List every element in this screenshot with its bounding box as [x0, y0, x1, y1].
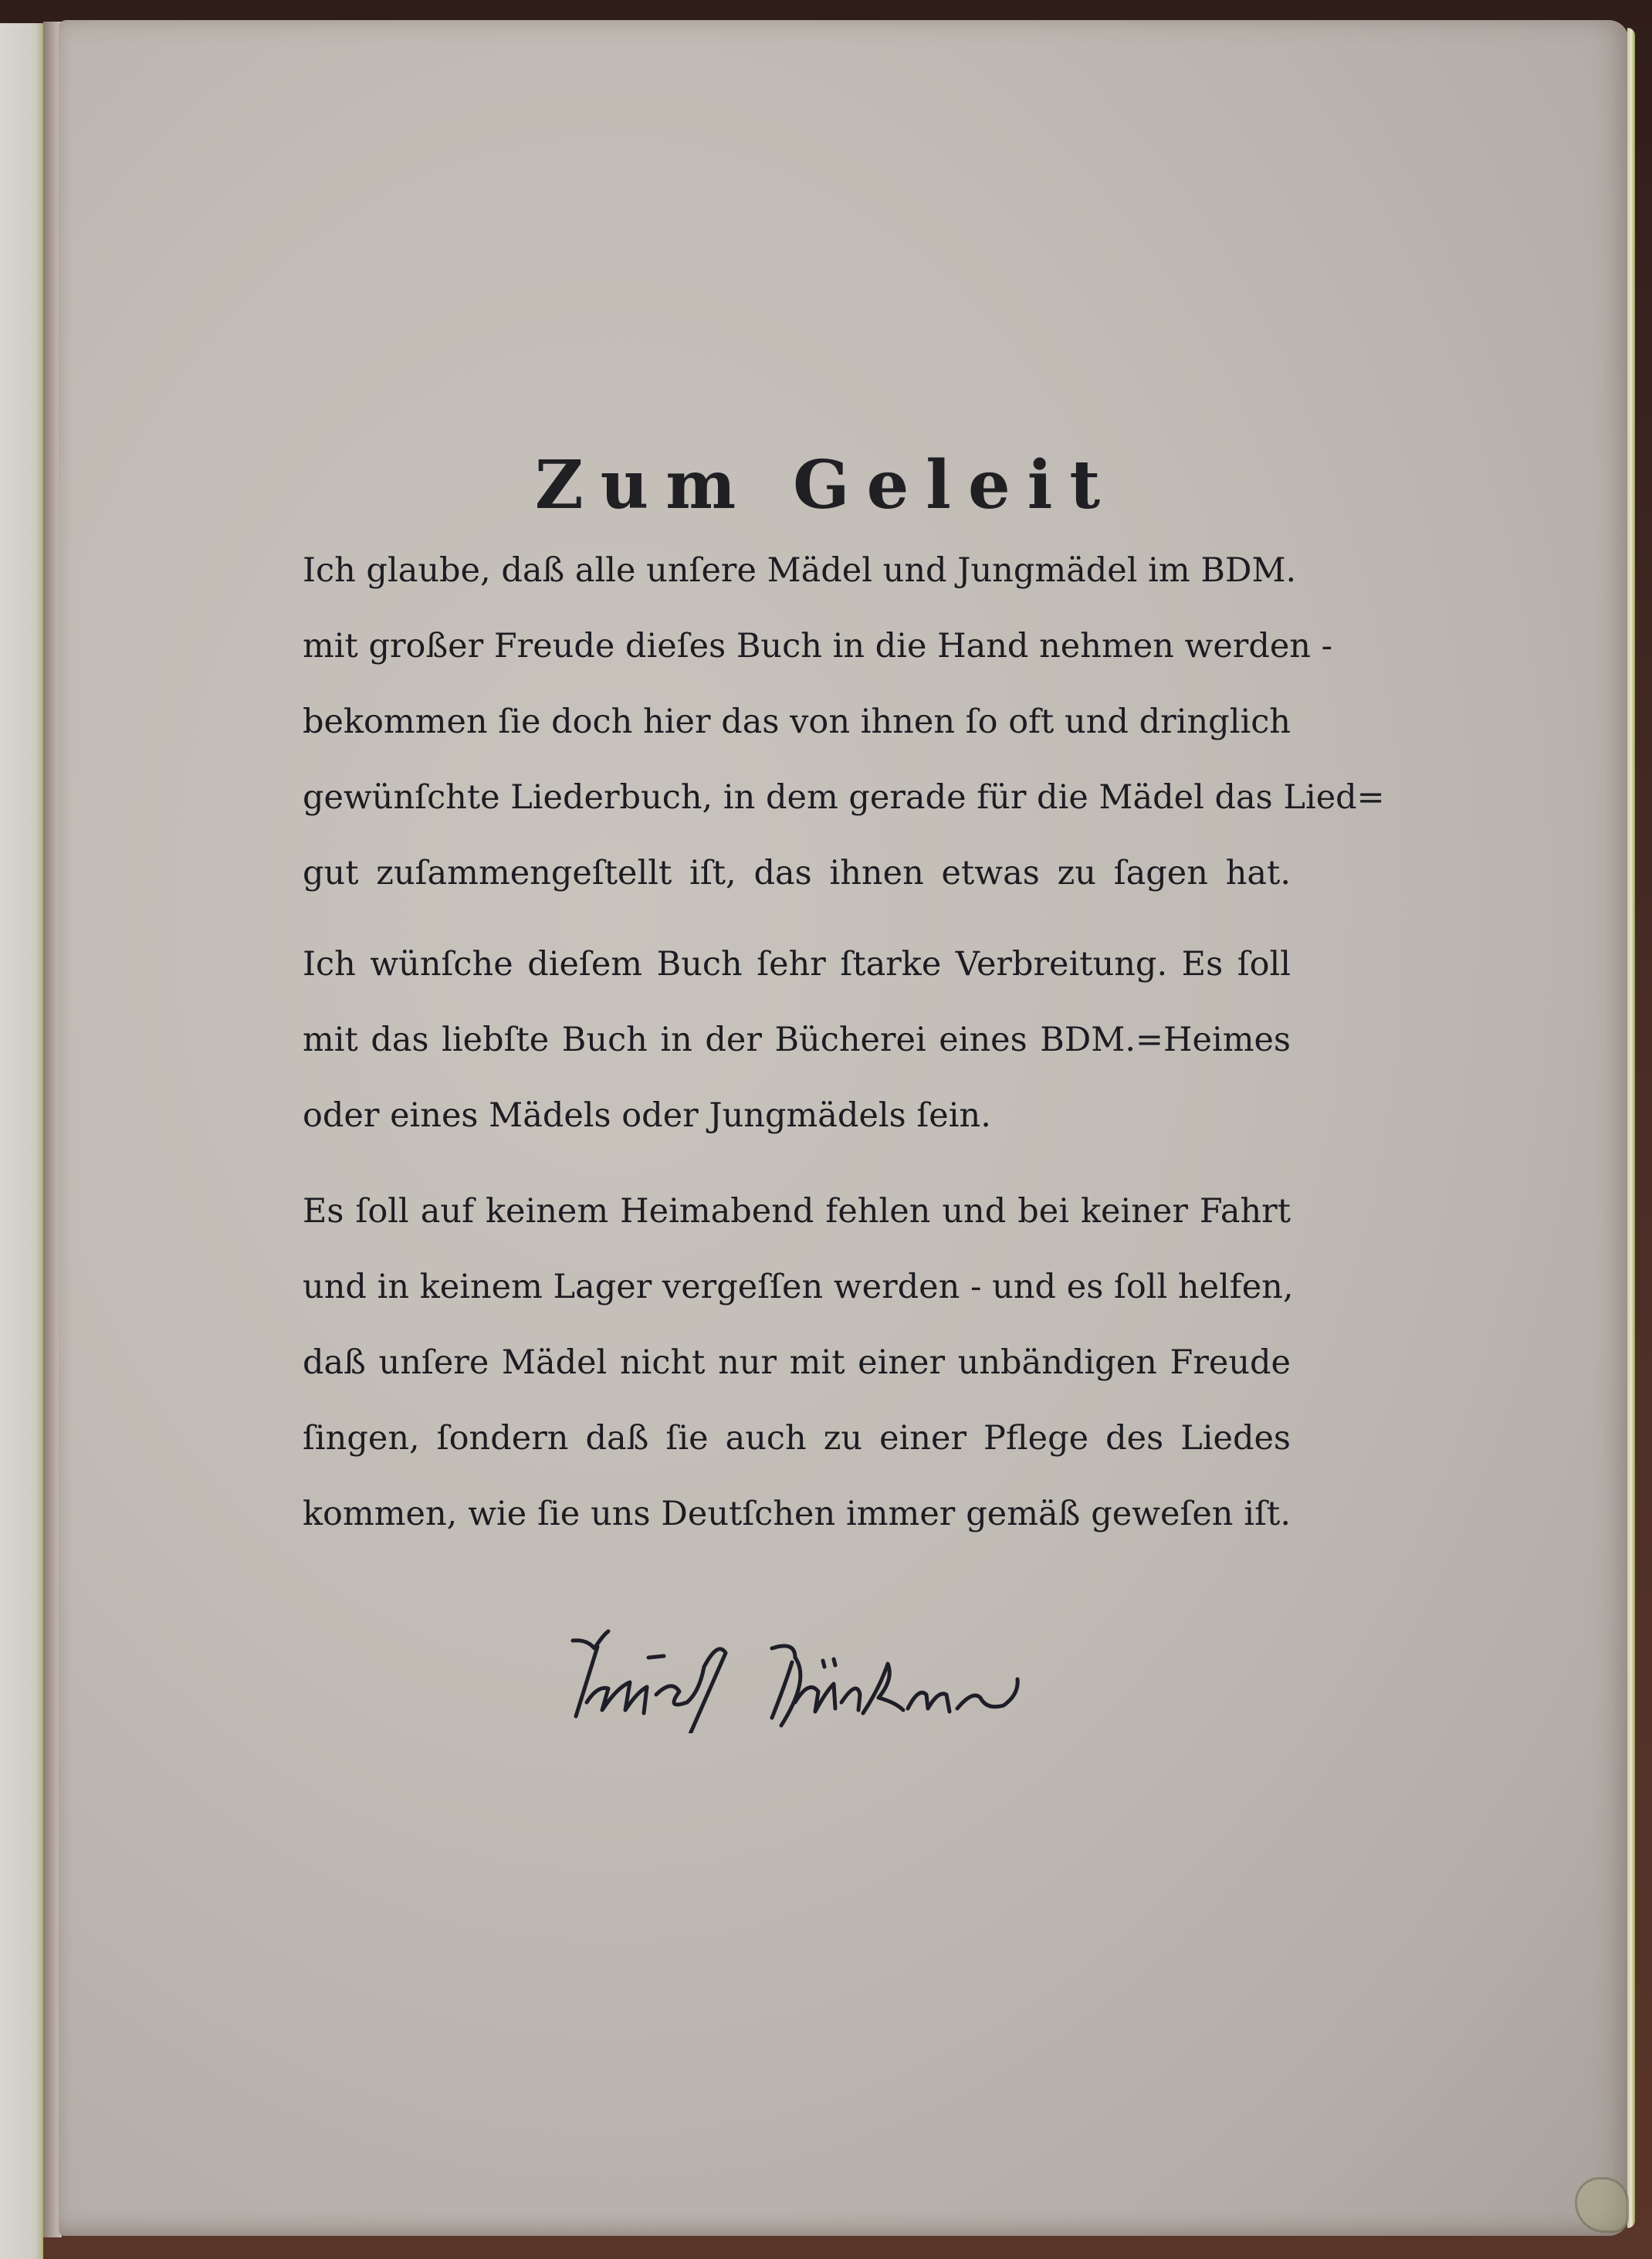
handwritten-signature: Trude Bürkner — [564, 1617, 1027, 1733]
text-line: mit großer Freude dieſes Buch in die Han… — [303, 608, 1291, 684]
text-line: gut zuſammengeſtellt iſt, das ihnen etwa… — [303, 835, 1291, 911]
text-line: bekommen ſie doch hier das von ihnen ſo … — [303, 684, 1291, 760]
text-line: Ich glaube, daß alle unſere Mädel und Ju… — [303, 533, 1291, 608]
text-line: Es ſoll auf keinem Heimabend fehlen und … — [303, 1174, 1291, 1249]
text-line: daß unſere Mädel nicht nur mit einer unb… — [303, 1325, 1291, 1400]
facing-page-edge — [0, 23, 43, 2259]
text-line: und in keinem Lager vergeſſen werden - u… — [303, 1249, 1291, 1325]
text-line: Ich wünſche dieſem Buch ſehr ſtarke Verb… — [303, 926, 1291, 1002]
text-line: gewünſchte Liederbuch, in dem gerade für… — [303, 760, 1291, 835]
signature-stroke-icon — [564, 1617, 1027, 1733]
text-line: mit das liebſte Buch in der Bücherei ein… — [303, 1002, 1291, 1078]
paragraph-1: Ich glaube, daß alle unſere Mädel und Ju… — [303, 533, 1291, 911]
text-line: oder eines Mädels oder Jungmädels ſein. — [303, 1078, 1291, 1153]
text-line: ſingen, ſondern daß ſie auch zu einer Pf… — [303, 1400, 1291, 1476]
text-line: kommen, wie ſie uns Deutſchen immer gemä… — [303, 1476, 1291, 1552]
page-title: Zum Geleit — [0, 446, 1652, 524]
paragraph-2: Ich wünſche dieſem Buch ſehr ſtarke Verb… — [303, 926, 1291, 1153]
paragraph-3: Es ſoll auf keinem Heimabend fehlen und … — [303, 1174, 1291, 1552]
